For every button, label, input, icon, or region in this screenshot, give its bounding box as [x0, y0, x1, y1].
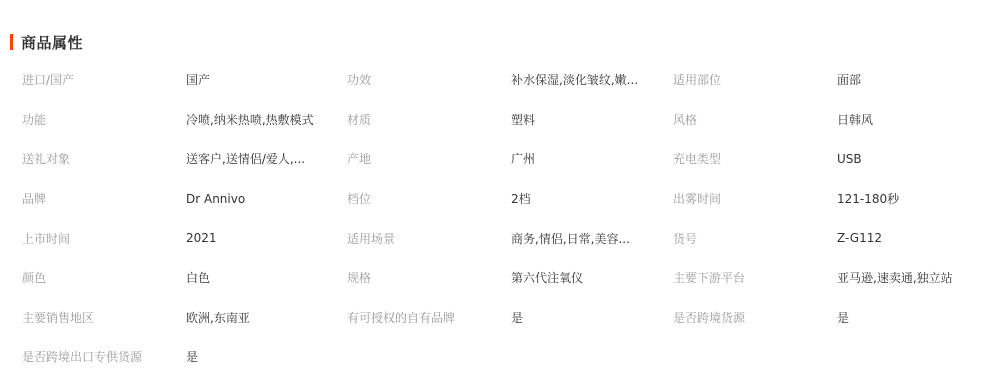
- attribute-value: 补水保湿,淡化皱纹,嫩...: [511, 60, 661, 100]
- attribute-value: 国产: [186, 60, 336, 100]
- attribute-label: 颜色: [22, 258, 182, 298]
- attribute-label: 主要下游平台: [673, 258, 833, 298]
- attribute-value: 商务,情侣,日常,美容...: [511, 218, 661, 258]
- attribute-value: 是: [511, 298, 661, 338]
- attribute-value: 冷喷,纳米热喷,热敷模式: [186, 100, 336, 140]
- attribute-label: 功效: [347, 60, 507, 100]
- attribute-label: 出雾时间: [673, 179, 833, 219]
- attribute-value: 广州: [511, 139, 661, 179]
- attribute-value: 是: [186, 337, 336, 376]
- attribute-label: 规格: [347, 258, 507, 298]
- attribute-value: 第六代注氧仪: [511, 258, 661, 298]
- attribute-row: 是否跨境出口专供货源 是: [0, 337, 983, 376]
- attribute-value: 亚马逊,速卖通,独立站: [837, 258, 983, 298]
- attribute-value: 面部: [837, 60, 983, 100]
- attribute-label: 产地: [347, 139, 507, 179]
- attribute-value: Z-G112: [837, 218, 983, 258]
- attribute-label: 送礼对象: [22, 139, 182, 179]
- attribute-label: 风格: [673, 100, 833, 140]
- section-header: 商品属性: [10, 32, 83, 52]
- attribute-value: 121-180秒: [837, 179, 983, 219]
- attribute-row: 上市时间 2021 适用场景 商务,情侣,日常,美容... 货号 Z-G112: [0, 218, 983, 258]
- attribute-value: Dr Annivo: [186, 179, 336, 219]
- attribute-value: 欧洲,东南亚: [186, 298, 336, 338]
- attribute-row: 进口/国产 国产 功效 补水保湿,淡化皱纹,嫩... 适用部位 面部: [0, 60, 983, 100]
- attribute-label: 货号: [673, 218, 833, 258]
- attribute-value: 送客户,送情侣/爱人,...: [186, 139, 336, 179]
- attribute-row: 品牌 Dr Annivo 档位 2档 出雾时间 121-180秒: [0, 179, 983, 219]
- attribute-row: 颜色 白色 规格 第六代注氧仪 主要下游平台 亚马逊,速卖通,独立站: [0, 258, 983, 298]
- attribute-label: 品牌: [22, 179, 182, 219]
- section-accent-bar: [10, 34, 13, 50]
- attribute-value: 是: [837, 298, 983, 338]
- attribute-row: 送礼对象 送客户,送情侣/爱人,... 产地 广州 充电类型 USB: [0, 139, 983, 179]
- attribute-label: 充电类型: [673, 139, 833, 179]
- attribute-grid: 进口/国产 国产 功效 补水保湿,淡化皱纹,嫩... 适用部位 面部 功能 冷喷…: [0, 60, 983, 376]
- attribute-label: 适用部位: [673, 60, 833, 100]
- attribute-value: USB: [837, 139, 983, 179]
- attribute-label: 上市时间: [22, 218, 182, 258]
- attribute-label: 功能: [22, 100, 182, 140]
- attribute-label: 有可授权的自有品牌: [347, 298, 507, 338]
- attribute-value: 2021: [186, 218, 336, 258]
- section-title: 商品属性: [21, 32, 83, 53]
- attribute-row: 主要销售地区 欧洲,东南亚 有可授权的自有品牌 是 是否跨境货源 是: [0, 298, 983, 338]
- attribute-value: 白色: [186, 258, 336, 298]
- attribute-row: 功能 冷喷,纳米热喷,热敷模式 材质 塑料 风格 日韩风: [0, 100, 983, 140]
- attribute-label: 档位: [347, 179, 507, 219]
- attribute-label: 主要销售地区: [22, 298, 182, 338]
- attribute-value: 2档: [511, 179, 661, 219]
- attribute-label: 是否跨境出口专供货源: [22, 337, 182, 376]
- attribute-label: 进口/国产: [22, 60, 182, 100]
- attribute-value: 日韩风: [837, 100, 983, 140]
- attribute-label: 适用场景: [347, 218, 507, 258]
- attribute-value: 塑料: [511, 100, 661, 140]
- attribute-label: 是否跨境货源: [673, 298, 833, 338]
- attribute-label: 材质: [347, 100, 507, 140]
